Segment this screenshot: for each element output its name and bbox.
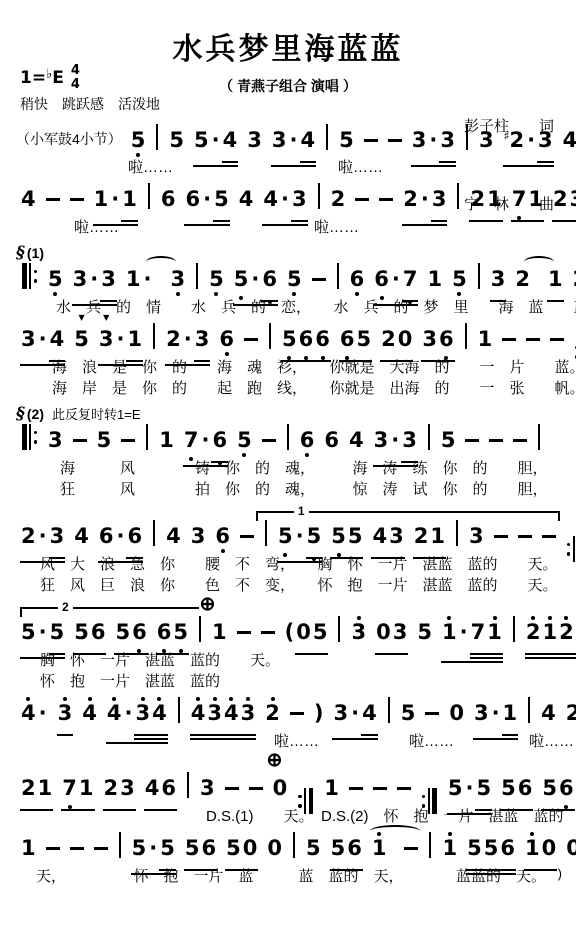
note-digit: 1	[20, 836, 37, 860]
note-token: 4	[81, 700, 98, 732]
note-digit: 5	[233, 267, 250, 291]
note-token: 5	[208, 266, 225, 298]
barline	[338, 616, 340, 642]
note-digit: 5	[347, 524, 364, 548]
note-digit: 1	[502, 701, 519, 725]
octave-dot	[305, 453, 309, 457]
lyric-row: 狂 风 拍 你 的 魂， 惊 涛 试 你 的 胆，	[16, 479, 560, 500]
note-token: 3	[190, 523, 207, 555]
octave-dot	[221, 549, 225, 553]
dash-note	[46, 847, 60, 850]
bar-thin	[178, 697, 180, 723]
note-token: )	[313, 700, 325, 732]
note-digit: 5▼	[73, 327, 90, 351]
note-digit: 2	[264, 701, 281, 725]
beam-group: 1·71	[441, 619, 503, 663]
volta-label: 2	[58, 600, 73, 615]
note-token: 3	[246, 127, 263, 159]
dash-note	[240, 535, 254, 538]
duration-dot: ·	[200, 428, 212, 452]
note-digit: 5	[225, 836, 242, 860]
segno-icon: §	[16, 404, 25, 424]
duration-dot: ·	[141, 267, 153, 291]
note-token: 5	[286, 266, 303, 298]
barline	[187, 772, 189, 798]
note-digit: 5	[447, 776, 464, 800]
note-digit: 1	[371, 836, 388, 860]
bar-thin	[456, 520, 458, 546]
note-digit: 5	[184, 836, 201, 860]
note-token: 2	[572, 266, 576, 298]
octave-dot	[112, 697, 116, 701]
dash-note	[526, 338, 540, 341]
note-token: 5	[305, 835, 322, 867]
notes-prefix: （小军鼓4小节）	[16, 131, 122, 147]
duration-dot: ·	[37, 620, 49, 644]
barline	[287, 424, 289, 450]
sheet-music-page: 水兵梦里海蓝蓝 1=♭E 4 4 （ 青燕子组合 演唱 ） 彭子柱 词 宁 林 …	[0, 0, 576, 930]
duration-dot: ·	[201, 187, 213, 211]
note-token: 6	[160, 186, 177, 218]
note-token: 5	[400, 700, 417, 732]
repeat-dots	[567, 543, 571, 556]
duration-dot: ·	[525, 128, 537, 152]
note-digit: 6	[160, 187, 177, 211]
note-digit: 5	[172, 620, 189, 644]
note-token: 2121	[525, 619, 576, 659]
note-digit: (	[284, 620, 296, 644]
note-digit: 3	[490, 267, 507, 291]
notes-row: 217123463015·5565665	[16, 772, 560, 806]
note-digit: 6	[90, 620, 107, 644]
beam-group: 71	[61, 775, 94, 811]
volta-label: 1	[294, 504, 309, 519]
duration-dot: ·	[109, 187, 121, 211]
octave-dot	[242, 453, 246, 457]
note-digit: 0	[272, 776, 289, 800]
note-digit: 0	[397, 327, 414, 351]
note-token: 4·	[20, 700, 49, 732]
note-digit: 6	[184, 187, 201, 211]
tempo-marking: 稍快 跳跃感 活泼地	[20, 94, 160, 114]
note-digit: 1	[126, 327, 143, 351]
beam-group: 3	[57, 700, 74, 736]
beam-group: 21	[20, 775, 53, 811]
segno-marker: §(2)此反复时转1=E	[16, 404, 560, 424]
notes-row: 5·55656651(0530351·712121506	[16, 616, 560, 650]
note-digit: 2	[469, 187, 486, 211]
note-digit: 1	[323, 776, 340, 800]
bar-thin	[388, 697, 390, 723]
bar-thin	[338, 616, 340, 642]
dash-note	[121, 439, 135, 442]
dash-note	[542, 535, 556, 538]
duration-dot: ·	[37, 327, 49, 351]
octave-dot	[530, 832, 534, 836]
note-digit: 3	[199, 776, 216, 800]
duration-dot: ·	[279, 187, 291, 211]
note-digit: 3	[401, 428, 418, 452]
bar-thin	[156, 124, 158, 150]
note-token: 6	[218, 326, 235, 358]
note-digit: 1	[441, 620, 458, 644]
note-token: 6	[214, 523, 231, 555]
note-digit: 6	[200, 836, 217, 860]
barline	[156, 124, 158, 150]
note-token: 5	[416, 619, 433, 651]
dash-note	[518, 535, 532, 538]
credits: 彭子柱 词 宁 林 曲	[464, 62, 554, 270]
note-digit: 2	[572, 267, 576, 291]
note-token: 46	[144, 775, 177, 811]
note-token: 3·3	[411, 127, 456, 167]
barline	[456, 520, 458, 546]
notes-row: 4·344·3443432)3·4503·14202·3	[16, 697, 560, 731]
coda-icon: ⊕	[267, 752, 283, 770]
note-digit: 3	[57, 701, 74, 725]
note-token: 4	[238, 186, 255, 218]
note-token: 21	[20, 775, 53, 811]
note-digit: 1	[37, 776, 54, 800]
bar-thin	[146, 424, 148, 450]
dash-note	[502, 338, 516, 341]
note-token: 3	[57, 700, 74, 736]
barline	[326, 124, 328, 150]
note-digit: 7	[183, 428, 200, 452]
note-digit: 6	[517, 776, 534, 800]
note-digit: 6	[346, 836, 363, 860]
barline	[513, 616, 515, 642]
note-digit: 4	[238, 187, 255, 211]
note-token: 1	[477, 326, 494, 358]
beam-group: 03	[375, 619, 408, 655]
duration-dot: ·	[114, 327, 126, 351]
barline	[265, 520, 267, 546]
beam-group: 3	[431, 186, 448, 222]
note-digit: 6	[299, 428, 316, 452]
note-token: 4	[562, 127, 576, 159]
note-digit: 4	[81, 701, 98, 725]
octave-dot	[218, 461, 222, 465]
repeat-dots	[34, 431, 38, 444]
note-token: 5	[47, 266, 64, 298]
note-digit: 6	[160, 776, 177, 800]
note-digit: 0	[541, 836, 558, 860]
octave-dot	[88, 697, 92, 701]
note-digit: 1	[125, 267, 142, 291]
bar-thin	[428, 424, 430, 450]
note-digit: 6	[156, 620, 173, 644]
duration-dot: ·	[147, 836, 159, 860]
note-token: 4	[348, 427, 365, 459]
coda-icon: ⊕	[200, 596, 216, 614]
bar-thick	[22, 263, 27, 289]
lyric-row: 海 风 铸 你 的 魂， 海 涛 练 你 的 胆，	[16, 458, 560, 479]
note-digit: 5	[416, 620, 433, 644]
note-token: 5	[96, 427, 113, 459]
note-digit: 3	[473, 701, 490, 725]
octave-dot	[196, 697, 200, 701]
duration-dot: ·	[122, 701, 134, 725]
note-digit: 2	[380, 327, 397, 351]
duration-dot: ·	[390, 267, 402, 291]
note-token: 1	[158, 427, 175, 459]
dash-note	[312, 278, 326, 281]
duration-dot: ·	[249, 267, 261, 291]
note-digit: 4	[106, 701, 123, 725]
octave-dot	[53, 292, 57, 296]
note-token: 3	[169, 266, 186, 298]
bar-thin	[287, 424, 289, 450]
notes-row: 3517·656643·35	[16, 424, 560, 458]
note-token: 6	[299, 427, 316, 459]
note-digit: 6	[558, 776, 575, 800]
note-digit: 2	[165, 327, 182, 351]
note-token: 4	[73, 523, 90, 555]
dash-note	[70, 198, 84, 201]
note-digit: 5	[277, 524, 294, 548]
note-digit: 5	[400, 701, 417, 725]
note-token: 2	[264, 700, 281, 732]
note-digit: 5	[47, 267, 64, 291]
note-digit: 4	[151, 701, 168, 725]
beam-group: 4343	[190, 700, 257, 740]
note-digit: 4	[562, 128, 576, 152]
barline	[567, 536, 576, 562]
beam-group: 34	[134, 700, 167, 740]
beam-group: 71	[470, 619, 503, 659]
note-digit: 5	[20, 620, 37, 644]
note-token: 5	[236, 427, 253, 459]
music-system: §(2)此反复时转1=E3517·656643·35海 风 铸 你 的 魂， 海…	[16, 404, 560, 500]
barline	[538, 424, 540, 450]
bar-thin	[187, 772, 189, 798]
note-digit: 2	[565, 701, 576, 725]
note-token: 2	[514, 266, 531, 298]
note-digit: 6	[438, 327, 455, 351]
overlay-row: ⊕	[20, 757, 556, 772]
barline	[293, 832, 295, 858]
note-digit: 5	[475, 776, 492, 800]
note-digit: 3	[537, 128, 554, 152]
note-digit: ♯2	[503, 124, 525, 152]
note-digit: 7	[61, 776, 78, 800]
bar-thin	[573, 536, 575, 562]
lyric-row: 海 浪 是 你 的 海 魂 衫， 你就是 大海 的 一 片 蓝。	[16, 357, 560, 378]
note-digit: 3	[350, 620, 367, 644]
bar-thin	[29, 424, 31, 450]
note-digit: 5	[193, 128, 210, 152]
note-digit: 3	[388, 524, 405, 548]
note-digit: 2	[525, 620, 542, 644]
note-digit: 2	[20, 776, 37, 800]
note-token: 4·34	[106, 700, 168, 744]
note-token: 5	[130, 127, 147, 159]
barline	[153, 323, 155, 349]
octave-dot	[68, 805, 72, 809]
note-digit: 4	[20, 701, 37, 725]
note-digit: 1	[486, 620, 503, 644]
dash-note	[404, 847, 418, 850]
octave-dot	[564, 805, 568, 809]
segno-icon: §	[16, 243, 25, 263]
sharp-icon: ♯	[504, 129, 510, 143]
beam-group: 2121	[525, 619, 576, 655]
note-token: 3	[350, 619, 367, 651]
barline	[146, 424, 148, 450]
note-digit: 5	[236, 428, 253, 452]
note-digit: 6	[339, 327, 356, 351]
note-digit: 5	[312, 620, 329, 644]
note-token: 1	[20, 835, 37, 867]
bar-thin	[265, 520, 267, 546]
note-digit: 1	[78, 776, 95, 800]
song-title: 水兵梦里海蓝蓝	[0, 0, 576, 68]
bar-thin	[513, 616, 515, 642]
dash-note	[225, 787, 239, 790]
note-digit: 4	[348, 428, 365, 452]
note-digit: 3	[49, 524, 66, 548]
octave-dot	[337, 553, 341, 557]
note-digit: 6	[298, 327, 315, 351]
note-digit: 5	[208, 267, 225, 291]
note-digit: 5	[500, 776, 517, 800]
notes-row: 3·45▼3▼·12·365666520361	[16, 323, 560, 357]
header: 水兵梦里海蓝蓝 1=♭E 4 4 （ 青燕子组合 演唱 ） 彭子柱 词 宁 林 …	[0, 0, 576, 118]
octave-dot	[225, 352, 229, 356]
note-digit: 1	[426, 267, 443, 291]
note-digit: 6	[261, 267, 278, 291]
note-token: 1	[371, 835, 388, 867]
bar-thin	[326, 124, 328, 150]
dash-note	[379, 198, 393, 201]
barline	[199, 616, 201, 642]
repeat-dot	[34, 440, 38, 444]
octave-dot	[357, 616, 361, 620]
dash-note	[244, 338, 258, 341]
octave-dot	[304, 356, 308, 360]
slur	[146, 256, 176, 268]
beam-group: 71	[470, 619, 503, 655]
note-token: 4	[165, 523, 182, 555]
note-digit: 5	[286, 267, 303, 291]
note-token: 1·	[125, 266, 154, 298]
bar-thin	[196, 263, 198, 289]
lyric-row: 啦…… 啦…… 啦……	[16, 731, 560, 752]
bar-thin	[29, 263, 31, 289]
dash-note	[237, 631, 251, 634]
duration-dot: ·	[419, 187, 431, 211]
notes-row: 15·55650055611556100	[16, 832, 560, 866]
bar-thin	[318, 183, 320, 209]
duration-dot: ·	[349, 701, 361, 725]
duration-dot: ·	[427, 128, 439, 152]
note-digit: 3	[569, 187, 576, 211]
note-token: 5▼	[73, 326, 90, 358]
note-digit: 3	[134, 701, 151, 725]
note-digit: 4	[144, 776, 161, 800]
note-token: 0	[565, 835, 576, 867]
duration-dot: ·	[464, 776, 476, 800]
note-digit: 5	[338, 128, 355, 152]
note-digit: 6	[214, 524, 231, 548]
lyric-row: 怀 抱 一片 湛蓝 蓝的	[16, 671, 560, 692]
lyric-row: 海 岸 是 你 的 起 跑 线， 你就是 出海 的 一 张 帆。	[16, 378, 560, 399]
octave-dot	[213, 697, 217, 701]
note-digit: 6	[499, 836, 516, 860]
bar-thin	[119, 832, 121, 858]
octave-dot	[548, 616, 552, 620]
bar-thin	[337, 263, 339, 289]
note-digit: 1	[158, 428, 175, 452]
beam-group: 2·3	[402, 186, 447, 226]
note-digit: 7	[402, 267, 419, 291]
note-digit: 3	[271, 128, 288, 152]
octave-dot	[380, 296, 384, 300]
octave-dot	[239, 296, 243, 300]
note-digit: 6	[131, 620, 148, 644]
note-digit: 1	[211, 620, 228, 644]
lyric-row: 风 大 浪 急 你 腰 不 弯， 胸 怀 一片 湛蓝 蓝的 天。	[16, 554, 560, 575]
note-digit: 1	[527, 187, 544, 211]
note-digit: 2	[413, 524, 430, 548]
accent-mark: ▼	[103, 314, 109, 322]
note-token: 2	[330, 186, 347, 218]
volta-bracket: 1	[256, 511, 560, 521]
note-digit: 1	[93, 187, 110, 211]
note-digit: 1	[429, 524, 446, 548]
note-digit: 5	[168, 128, 185, 152]
duration-dot: ·	[389, 428, 401, 452]
note-digit: 3	[119, 776, 136, 800]
notes-row: （小军鼓4小节）555·433·453·33♯2·344·5	[16, 123, 560, 157]
note-digit: 1	[121, 187, 138, 211]
note-digit: 1	[541, 620, 558, 644]
note-digit: 5	[440, 428, 457, 452]
dash-note	[465, 439, 479, 442]
barline	[22, 424, 37, 450]
lyric-row: D.S.(1) 天。 D.S.(2) 怀 抱 一片 湛蓝 蓝的	[16, 806, 560, 827]
note-digit: 5	[281, 327, 298, 351]
note-digit: 0	[565, 836, 576, 860]
note-digit: 4	[300, 128, 317, 152]
note-digit: 3	[246, 128, 263, 152]
note-digit: 4	[49, 327, 66, 351]
note-token: 5	[440, 427, 457, 459]
barline	[196, 263, 198, 289]
beam-group: 23	[552, 186, 576, 222]
note-token: 6	[323, 427, 340, 459]
note-token: 1	[441, 835, 458, 867]
note-digit: 6	[218, 327, 235, 351]
repeat-dot	[34, 279, 38, 283]
note-digit: 3	[206, 701, 223, 725]
repeat-dot	[34, 431, 38, 435]
beam-group: 23	[103, 775, 136, 811]
note-digit: 5	[114, 620, 131, 644]
barline	[457, 183, 459, 209]
note-token: 1	[211, 619, 228, 651]
note-digit: 4	[361, 701, 378, 725]
note-digit: 4	[20, 187, 37, 211]
duration-dot: ·	[288, 128, 300, 152]
note-digit: 4	[262, 187, 279, 211]
note-digit: 5	[213, 187, 230, 211]
note-digit: 0	[266, 836, 283, 860]
note-digit: 5	[451, 267, 468, 291]
note-token: 1	[323, 775, 340, 807]
music-system: 15·55650055611556100天， 怀 抱 一片 蓝 蓝 蓝的 天， …	[16, 832, 560, 887]
